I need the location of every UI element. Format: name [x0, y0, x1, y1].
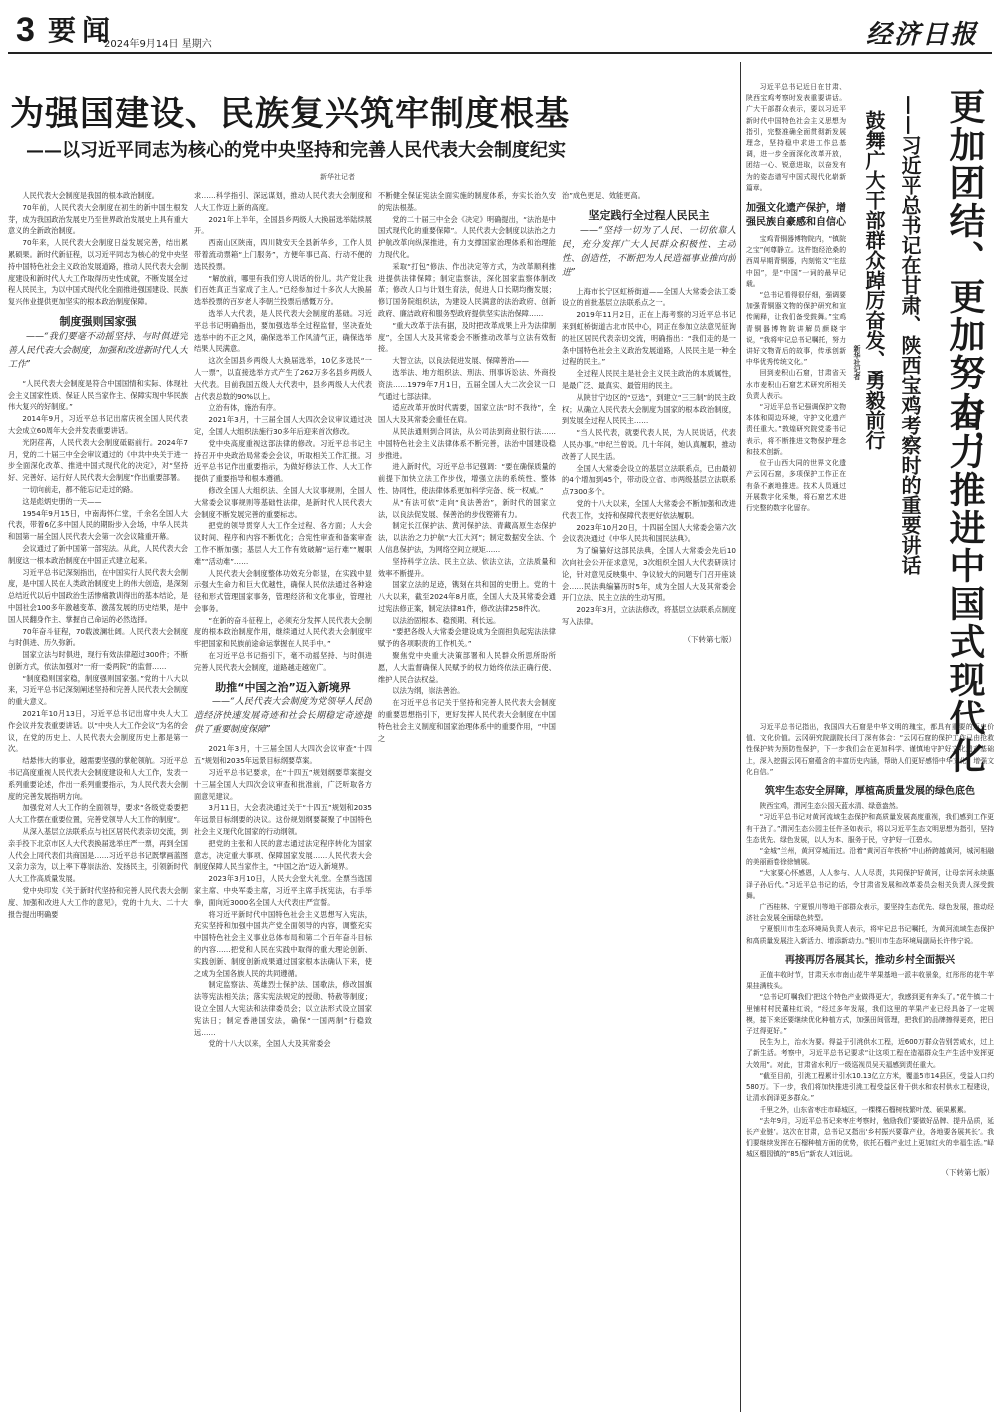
- page-masthead: 3 要闻 2024年9月14日 星期六 经济日报: [0, 0, 1000, 55]
- paragraph: 3月11日，大会表决通过关于“十四五”规划和2035年远景目标纲要的决议。这份规…: [194, 802, 372, 837]
- section-heading: 制度强则国家强: [8, 316, 188, 328]
- section-quote: ——“人民代表大会制度为党领导人民创造经济快速发展奇迹和社会长期稳定奇迹提供了重…: [194, 695, 372, 737]
- side-subtitle-2: 鼓舞广大干部群众踔厉奋发、勇毅前行: [862, 110, 886, 450]
- paragraph: 以法为纲，崇法善治。: [378, 685, 556, 697]
- article-column-2: 求……科学指引、深远谋划，推动人民代表大会制度和人大工作迈上新的高度。 2021…: [194, 190, 372, 1410]
- side-subtitle: ——习近平总书记在甘肃、陕西宝鸡考察时的重要讲话: [898, 95, 922, 575]
- paragraph: 把党的领导贯穿人大工作全过程、各方面；人大会议时间、程序和内容不断优化；合宪性审…: [194, 520, 372, 567]
- paragraph: 选举人大代表，是人民代表大会制度的基础。习近平总书记明确指出，要加强选举全过程监…: [194, 308, 372, 355]
- paragraph: 2023年3月10日，人民大会堂大礼堂。全票当选国家主席、中央军委主席，习近平主…: [194, 873, 372, 908]
- paragraph: 光阴荏苒，人民代表大会制度砥砺前行。2024年7月，党的二十届三中全会审议通过的…: [8, 437, 188, 484]
- paragraph: 70年前，人民代表大会制度在初生的新中国生根发芽，成为我国政治发展史乃至世界政治…: [8, 202, 188, 237]
- paragraph: 聚焦党中央重大决策部署和人民群众所思所盼所愿，人大监督确保人民赋予的权力始终依法…: [378, 650, 556, 685]
- paragraph: 把党的主张和人民的意志通过法定程序转化为国家意志，决定重大事项、保障国家发展………: [194, 838, 372, 873]
- paragraph: 立治有体，施治有序。: [194, 402, 372, 414]
- paragraph: 回到麦积山石窟，甘肃省天水市麦积山石窟艺术研究所相关负责人表示。: [746, 368, 846, 402]
- paragraph: 习近平总书记近日在甘肃、陕西宝鸡考察时发表重要讲话。广大干部群众表示，要以习近平…: [746, 82, 846, 194]
- section-heading: 加强文化遗产保护，增强民族自豪感和自信心: [746, 202, 846, 230]
- paragraph: 2021年3月，十三届全国人大四次会议审查“十四五”规划和2035年远景目标纲要…: [194, 743, 372, 767]
- paragraph: “要把各级人大常委会建设成为全面担负起宪法法律赋予的各项职责的工作机关。”: [378, 626, 556, 650]
- paragraph: 以法治固根本、稳预期、利长远。: [378, 615, 556, 627]
- paragraph: 修改全国人大组织法、全国人大议事规则，全国人大常委会议事规则等基础性法律，是新时…: [194, 485, 372, 520]
- paragraph: 制定长江保护法、黄河保护法、青藏高原生态保护法，以法治之力护航“大江大河”；制定…: [378, 520, 556, 555]
- article-column-3: 不断健全保证宪法全面实施的制度体系，夯实长治久安的宪法根基。 党的二十届三中全会…: [378, 190, 556, 1410]
- paragraph: 党的十八大以来，全国人大及其常委会: [194, 1038, 372, 1050]
- paragraph: 千里之外，山东省枣庄市峄城区，一棵棵石榴树枝繁叶茂、硕果累累。: [746, 1105, 994, 1116]
- paragraph: 一切向前走，都不能忘记走过的路。: [8, 484, 188, 496]
- paragraph: 党中央高度重视这部法律的修改。习近平总书记主持召开中央政治局常委会会议，听取相关…: [194, 438, 372, 485]
- continued-note: （下转第七版）: [562, 634, 736, 646]
- paragraph: 从“有法可依”走向“良法善治”，新时代的国家立法，以良法促发展、保善治的步伐铿锵…: [378, 497, 556, 521]
- paragraph: 不断健全保证宪法全面实施的制度体系，夯实长治久安的宪法根基。: [378, 190, 556, 214]
- side-byline: 新华社记者: [852, 345, 862, 380]
- paragraph: 2019年11月2日，正在上海考察的习近平总书记来到虹桥街道古北市民中心，同正在…: [562, 309, 736, 368]
- paragraph: “人民代表大会制度是符合中国国情和实际、体现社会主义国家性质、保证人民当家作主、…: [8, 378, 188, 413]
- paragraph: 全过程人民民主是社会主义民主政治的本质属性，是最广泛、最真实、最管用的民主。: [562, 368, 736, 392]
- paragraph: 正值丰收时节，甘肃天水市南山花牛苹果基地一派丰收景象，红彤彤的花牛苹果挂满枝头。: [746, 970, 994, 992]
- main-subhead: ——以习近平同志为核心的党中央坚持和完善人民代表大会制度纪实: [26, 136, 566, 162]
- paragraph: 70年奋斗征程，70载波澜壮阔。人民代表大会制度与时俱进、历久弥新。: [8, 626, 188, 650]
- section-quote: ——“我们要毫不动摇坚持、与时俱进完善人民代表大会制度，加强和改进新时代人大工作…: [8, 330, 188, 372]
- paragraph: 党中央印发《关于新时代坚持和完善人民代表大会制度、加强和改进人大工作的意见》，党…: [8, 885, 188, 920]
- paragraph: 进入新时代，习近平总书记强调：“要在确保质量的前提下加快立法工作步伐，增强立法的…: [378, 461, 556, 496]
- paragraph: 全国人大常委会设立的基层立法联系点，已由最初的4个增加到45个，带动设立省、市两…: [562, 463, 736, 498]
- paragraph: “制度稳则国家稳，制度强则国家强。”党的十八大以来，习近平总书记深刻阐述坚持和完…: [8, 673, 188, 708]
- paragraph: 这是彪炳史册的一天——: [8, 496, 188, 508]
- paragraph: 人民代表大会制度是我国的根本政治制度。: [8, 190, 188, 202]
- paragraph: “去年9月，习近平总书记来枣庄考察时，勉励我们‘要做好品牌、提升品质，延长产业链…: [746, 1116, 994, 1161]
- paragraph: 从陕甘宁边区的“豆选”，到建立“三三制”的民主政权；从确立人民代表大会制度为国家…: [562, 392, 736, 427]
- paragraph: “解放前，哪里有我们穷人说话的份儿。共产党让我们百姓真正当家成了主人。”已经参加…: [194, 273, 372, 308]
- paragraph: 1954年9月15日，中南海怀仁堂，千余名全国人大代表，带着6亿多中国人民的期盼…: [8, 508, 188, 543]
- paragraph: 选举法、地方组织法、刑法、刑事诉讼法、外商投资法……1979年7月1日，五届全国…: [378, 367, 556, 402]
- paragraph: 结悬伟大的事业，越需要坚强的掌舵领航。习近平总书记高度重视人民代表大会制度建设和…: [8, 755, 188, 802]
- section-heading: 筑牢生态安全屏障，厚植高质量发展的绿色底色: [746, 786, 994, 797]
- paragraph: 宝鸡青铜器博物院内，“镇院之宝”何尊静立。这件饱经沧桑的西周早期青铜器，内刻铭文…: [746, 234, 846, 290]
- paragraph: 采取“打包”修法、作出决定等方式，为改革顺利推进提供法律保障；制定监察法，深化国…: [378, 261, 556, 320]
- paragraph: 大智立法，以良法促进发展、保障善治——: [378, 355, 556, 367]
- paragraph: 陕西宝鸡，渭河生态公园天蓝水清、绿意盎然。: [746, 801, 994, 812]
- paragraph: 为了编纂好这部民法典，全国人大常委会先后10次向社会公开征求意见，3次组织全国人…: [562, 545, 736, 604]
- masthead-divider: [8, 52, 992, 54]
- paragraph: 国家立法与时俱进，现行有效法律超过300件；不断创新方式，依法加强对“一府一委两…: [8, 649, 188, 673]
- section-heading: 坚定践行全过程人民民主: [562, 210, 736, 222]
- paragraph: 求……科学指引、深远谋划，推动人民代表大会制度和人大工作迈上新的高度。: [194, 190, 372, 214]
- paragraph: 制定监察法、英雄烈士保护法、国歌法，修改国旗法等宪法相关法；落实宪法规定的授勋、…: [194, 979, 372, 1038]
- paragraph: 在习近平总书记指引下，毫不动摇坚持、与时俱进完善人民代表大会制度，道路越走越宽广…: [194, 650, 372, 674]
- column-divider: [740, 62, 741, 1412]
- paragraph: 2023年10月20日，十四届全国人大常委会第六次会议表决通过《中华人民共和国民…: [562, 522, 736, 546]
- side-intro-column: 习近平总书记近日在甘肃、陕西宝鸡考察时发表重要讲话。广大干部群众表示，要以习近平…: [746, 82, 846, 722]
- paragraph: 民生为上，治水为要。得益于引洮供水工程，近600万群众告别苦咸水，过上了新生活。…: [746, 1037, 994, 1071]
- side-lower-column: 习近平总书记指出，我国四大石窟是中华文明的瑰宝，都具有重要的历史价值、文化价值。…: [746, 722, 994, 1412]
- paragraph: “金城”兰州，黄河穿城而过。沿着“黄河百年铁桥”中山桥跨越黄河，城河相融的美丽画…: [746, 846, 994, 868]
- paragraph: 适应改革开放时代需要，国家立法“时不我待”，全国人大及其常委会重任在肩。: [378, 402, 556, 426]
- paragraph: 将习近平新时代中国特色社会主义思想写入宪法，充实坚持和加强中国共产党全面领导的内…: [194, 909, 372, 980]
- issue-date: 2024年9月14日 星期六: [104, 35, 212, 50]
- section-heading: 助推“中国之治”迈入新境界: [194, 682, 372, 694]
- section-quote: ——“坚持一切为了人民、一切依靠人民，充分发挥广大人民群众积极性、主动性、创造性…: [562, 224, 736, 280]
- paragraph: 这次全国县乡两级人大换届选举，10亿多选民“一人一票”，以直接选举方式产生了26…: [194, 355, 372, 402]
- paragraph: 2021年上半年，全国县乡两级人大换届选举陆续展开。: [194, 214, 372, 238]
- paragraph: 2021年10月13日，习近平总书记出席中央人大工作会议并发表重要讲话。以“中央…: [8, 708, 188, 755]
- main-byline: 新华社记者: [320, 172, 355, 182]
- paragraph: “当人民代表，就要代表人民，为人民说话，代表人民办事。”申纪兰曾说。几十年间，她…: [562, 427, 736, 462]
- newspaper-logo: 经济日报: [866, 14, 978, 51]
- paragraph: 在习近平总书记关于坚持和完善人民代表大会制度的重要思想指引下，更好发挥人民代表大…: [378, 697, 556, 744]
- paragraph: 2021年3月，十三届全国人大四次会议审议通过决定，全国人大组织法施行30多年后…: [194, 414, 372, 438]
- paragraph: 广西桂林、宁夏银川等地干部群众表示，要坚持生态优先、绿色发展，推动经济社会发展全…: [746, 902, 994, 924]
- paragraph: 党的二十届三中全会《决定》明确提出，“法治是中国式现代化的重要保障”。人民代表大…: [378, 214, 556, 261]
- main-headline: 为强国建设、民族复兴筑牢制度根基: [10, 86, 570, 135]
- paragraph: 治”成色更足、效能更高。: [562, 190, 736, 202]
- paragraph: 2023年3月，立法法修改，将基层立法联系点制度写入法律。: [562, 604, 736, 628]
- paragraph: “总书记看得很仔细，强调要加强青铜器文物的保护研究和宣传阐释，让我们备受鼓舞。”…: [746, 290, 846, 368]
- paragraph: 宁夏银川市生态环境局负责人表示，将牢记总书记嘱托，为黄河流域生态保护和高质量发展…: [746, 924, 994, 946]
- paragraph: 会议通过了新中国第一部宪法。从此，人民代表大会制度这一根本政治制度在中国正式建立…: [8, 543, 188, 567]
- paragraph: 加强党对人大工作的全面领导，要求“各级党委要把人大工作摆在重要位置，完善党领导人…: [8, 802, 188, 826]
- article-column-1: 人民代表大会制度是我国的根本政治制度。 70年前，人民代表大会制度在初生的新中国…: [8, 190, 188, 1410]
- article-column-4: 治”成色更足、效能更高。 坚定践行全过程人民民主 ——“坚持一切为了人民、一切依…: [562, 190, 736, 1410]
- section-heading: 再接再厉各展其长，推动乡村全面振兴: [746, 955, 994, 966]
- paragraph: 坚持科学立法、民主立法、依法立法，立法质量和效率不断提升。: [378, 556, 556, 580]
- paragraph: 党的十八大以来，全国人大常委会不断加强和改进代表工作，支持和保障代表更好依法履职…: [562, 498, 736, 522]
- continued-note: （下转第七版）: [746, 1167, 994, 1178]
- paragraph: 习近平总书记要求，在“十四五”规划纲要草案提交十三届全国人大四次会议审查和批准前…: [194, 767, 372, 802]
- paragraph: “大家要心怀感恩，人人参与、人人尽责，共同保护好黄河，让母亲河永续惠泽子孙后代。…: [746, 868, 994, 902]
- paragraph: 习近平总书记深刻指出，在中国实行人民代表大会制度，是中国人民在人类政治制度史上的…: [8, 567, 188, 626]
- paragraph: “习近平总书记对黄河流域生态保护和高质量发展高度重视，我们感到工作更有干劲了。”…: [746, 812, 994, 846]
- paragraph: 70年来，人民代表大会制度日益发展完善，结出累累硕果。新时代新征程，以习近平同志…: [8, 237, 188, 308]
- paragraph: 从深入基层立法联系点与社区居民代表亲切交流，到亲手投下北京市区人大代表换届选举庄…: [8, 826, 188, 885]
- paragraph: 西南山区陕南，四川陇安天全县新华乡，工作人员带着流动票箱“上门服务”，方便年事已…: [194, 237, 372, 272]
- paragraph: 位于山西大同的世界文化遗产云冈石窟，多项保护工作正在有条不紊地推进。技术人员通过…: [746, 458, 846, 514]
- paragraph: 2014年9月，习近平总书记出席庆祝全国人民代表大会成立60周年大会并发表重要讲…: [8, 413, 188, 437]
- paragraph: 人民代表大会制度整体功效充分彰显，在实践中显示强大生命力和巨大优越性，确保人民依…: [194, 568, 372, 615]
- paragraph: 上海市长宁区虹桥街道——全国人大常委会法工委设立的首批基层立法联系点之一。: [562, 286, 736, 310]
- page-number: 3: [16, 10, 35, 50]
- paragraph: “总书记叮嘱我们‘把这个特色产业做得更大’，我感到更有奔头了。”花牛镇二十里铺村…: [746, 992, 994, 1037]
- paragraph: “在新的奋斗征程上，必须充分发挥人民代表大会制度的根本政治制度作用，继续通过人民…: [194, 615, 372, 650]
- paragraph: “习近平总书记强调保护文物本体和周边环境，守护文化遗产责任重大。”敦煌研究院党委…: [746, 402, 846, 458]
- paragraph: “截至目前，引洮工程累计引水10.13亿立方米，覆盖5市14县区，受益人口约58…: [746, 1071, 994, 1105]
- side-main-title-part2: 奋力推进中国式现代化: [942, 395, 986, 775]
- paragraph: 从民法通则到合同法，从公司法到商业银行法……中国特色社会主义法律体系不断完善，法…: [378, 426, 556, 461]
- paragraph: “重大改革于法有据，及时把改革成果上升为法律制度”，全国人大及其常委会不断推动改…: [378, 320, 556, 355]
- paragraph: 国家立法的足迹，镌刻在共和国的史册上。党的十八大以来，截至2024年8月底，全国…: [378, 579, 556, 614]
